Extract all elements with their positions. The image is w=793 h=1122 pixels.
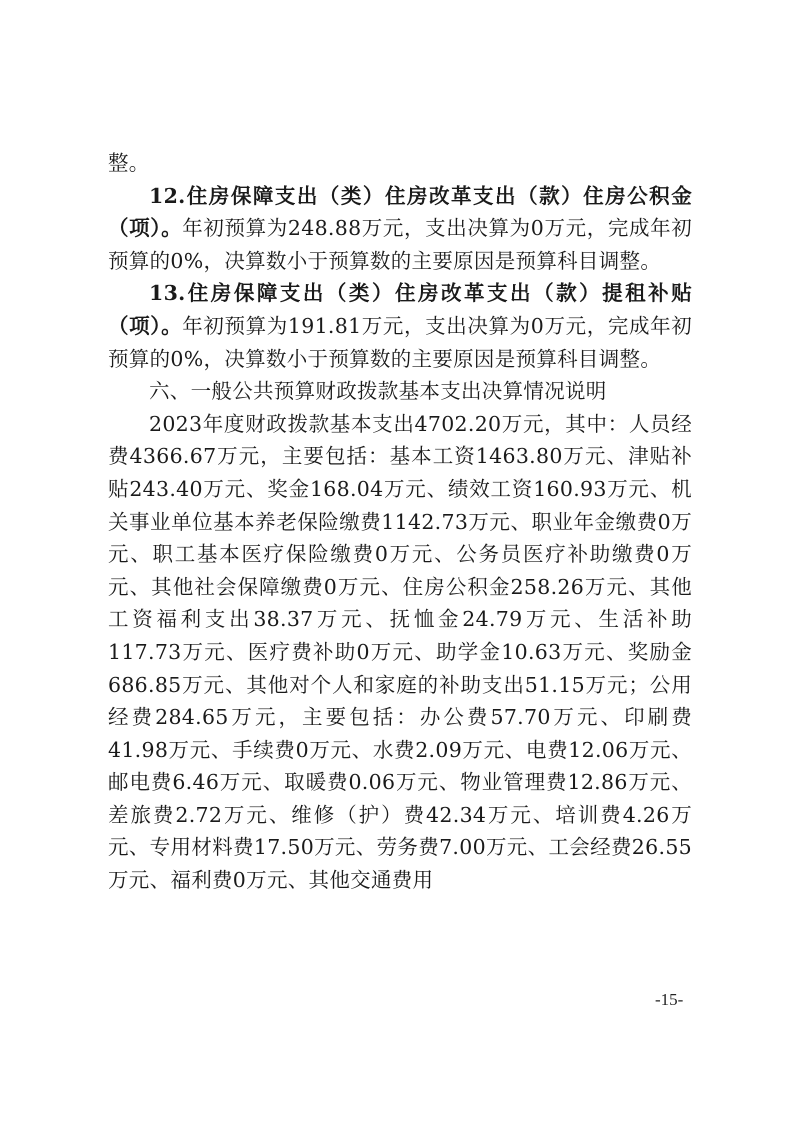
- item-12-body: 年初预算为248.88万元，支出决算为0万元，完成年初预算的0%，决算数小于预算…: [108, 216, 692, 273]
- section-six-heading: 六、一般公共预算财政拨款基本支出决算情况说明: [108, 375, 692, 408]
- basic-expenditure-paragraph: 2023年度财政拨款基本支出4702.20万元，其中：人员经费4366.67万元…: [108, 408, 692, 897]
- item-12-paragraph: 12.住房保障支出（类）住房改革支出（款）住房公积金（项）。年初预算为248.8…: [108, 180, 692, 278]
- document-page: 整。 12.住房保障支出（类）住房改革支出（款）住房公积金（项）。年初预算为24…: [108, 147, 692, 897]
- item-13-paragraph: 13.住房保障支出（类）住房改革支出（款）提租补贴（项）。年初预算为191.81…: [108, 277, 692, 375]
- continuation-text: 整。: [108, 147, 692, 180]
- page-number: -15-: [655, 990, 683, 1010]
- item-13-body: 年初预算为191.81万元，支出决算为0万元，完成年初预算的0%，决算数小于预算…: [108, 314, 692, 371]
